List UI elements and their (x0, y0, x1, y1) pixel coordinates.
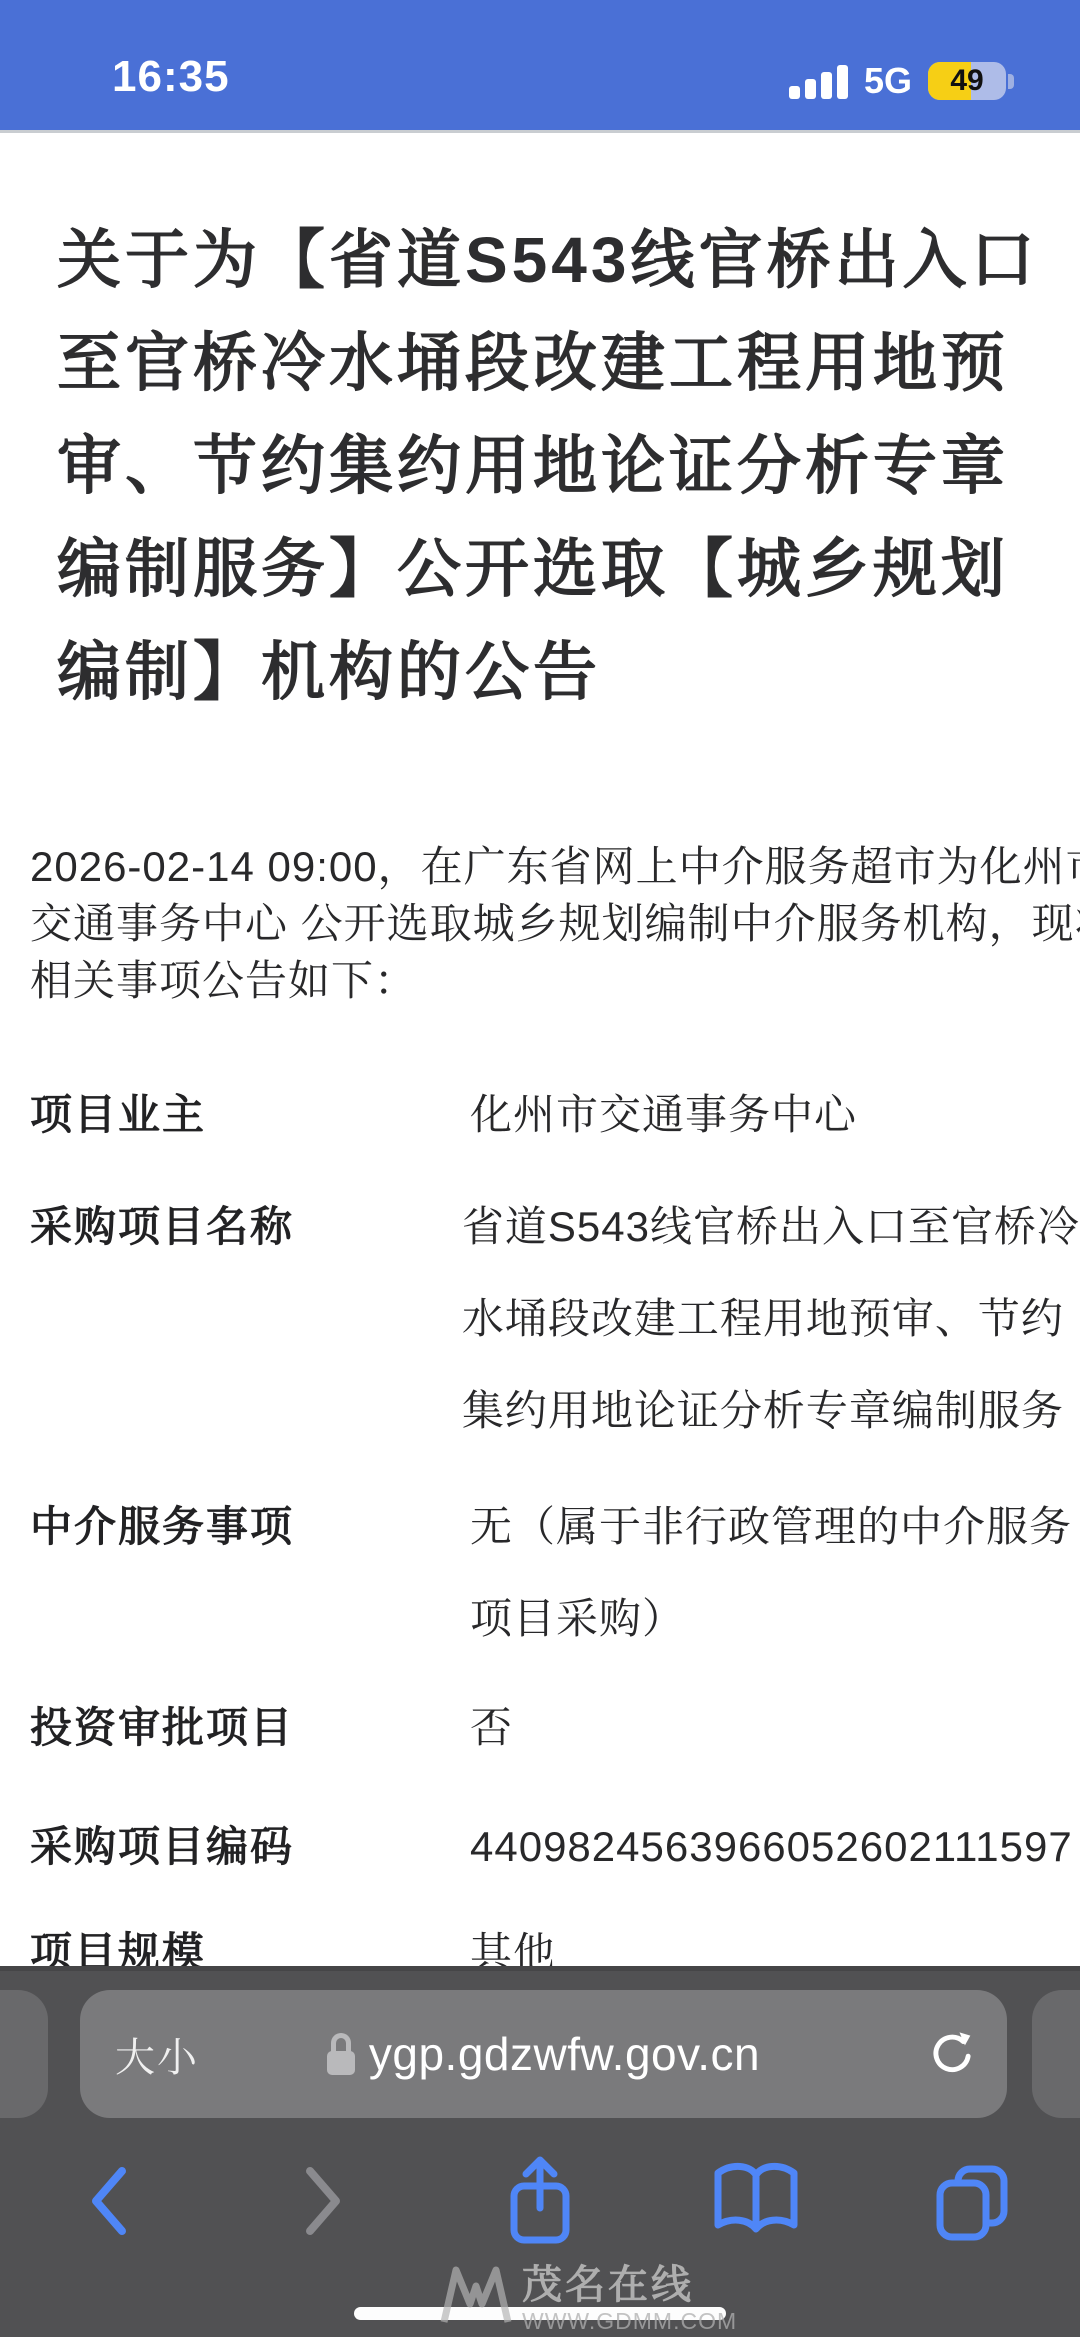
network-type-label: 5G (864, 60, 912, 102)
bookmarks-button[interactable] (648, 2151, 864, 2251)
announcement-title: 关于为【省道S543线官桥出入口 至官桥冷水埇段改建工程用地预 审、节约集约用地… (0, 209, 1080, 724)
title-line: 关于为【省道S543线官桥出入口 (57, 209, 1042, 312)
intro-line: 相关事项公告如下： (30, 952, 1052, 1009)
back-button[interactable] (0, 2151, 216, 2251)
detail-table: 项目业主 化州市交通事务中心 采购项目名称 省道S543线官桥出入口至官桥冷 水… (0, 1069, 1080, 1999)
battery-icon: 49 (928, 62, 1006, 100)
webpage-content: 关于为【省道S543线官桥出入口 至官桥冷水埇段改建工程用地预 审、节约集约用地… (0, 133, 1080, 1983)
row-value: 化州市交通事务中心 (470, 1069, 1080, 1161)
watermark-name: 茂名在线 (522, 2264, 737, 2306)
row-value: 无（属于非行政管理的中介服务 项目采购） (470, 1481, 1080, 1665)
title-line: 审、节约集约用地论证分析专章 (57, 415, 1042, 518)
status-bar: 16:35 5G 49 (0, 0, 1080, 130)
address-bar[interactable]: 大小 ygp.gdzwfw.gov.cn (80, 1990, 1007, 2118)
row-label: 采购项目名称 (30, 1181, 462, 1457)
table-row-investment-approval: 投资审批项目 否 (0, 1682, 1080, 1774)
battery-percent: 49 (928, 62, 1006, 100)
intro-line: 交通事务中心 公开选取城乡规划编制中介服务机构，现将 (30, 895, 1052, 952)
title-line: 编制】机构的公告 (57, 621, 1042, 724)
share-button[interactable] (432, 2151, 648, 2251)
phone-screen: 16:35 5G 49 关于为【省道S543线官桥出入口 至官桥冷水埇段改建工程… (0, 0, 1080, 2337)
adjacent-tab-edge (1032, 1990, 1080, 2118)
intro-paragraph: 2026-02-14 09:00，在广东省网上中介服务超市为化州市 交通事务中心… (0, 838, 1080, 1009)
forward-button[interactable] (216, 2151, 432, 2251)
watermark: 茂名在线 WWW.GDMM.COM (440, 2264, 737, 2336)
battery-cap (1008, 74, 1014, 89)
safari-toolbar: 大小 ygp.gdzwfw.gov.cn (0, 1966, 1080, 2337)
watermark-logo (440, 2264, 512, 2326)
row-label: 采购项目编码 (30, 1801, 470, 1893)
status-indicators: 5G 49 (789, 60, 1014, 102)
row-value: 否 (470, 1682, 1080, 1774)
title-line: 编制服务】公开选取【城乡规划 (57, 518, 1042, 621)
table-row-project-owner: 项目业主 化州市交通事务中心 (0, 1069, 1080, 1161)
watermark-site: WWW.GDMM.COM (522, 2306, 737, 2336)
table-row-project-name: 采购项目名称 省道S543线官桥出入口至官桥冷 水埇段改建工程用地预审、节约 集… (0, 1181, 1080, 1457)
clock: 16:35 (112, 52, 230, 102)
title-line: 至官桥冷水埇段改建工程用地预 (57, 312, 1042, 415)
url-text: ygp.gdzwfw.gov.cn (369, 2027, 760, 2081)
row-label: 投资审批项目 (30, 1682, 470, 1774)
row-label: 中介服务事项 (30, 1481, 470, 1665)
table-row-service-item: 中介服务事项 无（属于非行政管理的中介服务 项目采购） (0, 1481, 1080, 1665)
tabs-button[interactable] (864, 2151, 1080, 2251)
toolbar-buttons (0, 2151, 1080, 2251)
row-value: 省道S543线官桥出入口至官桥冷 水埇段改建工程用地预审、节约 集约用地论证分析… (462, 1181, 1080, 1457)
text-size-button[interactable]: 大小 (115, 2026, 199, 2083)
row-value: 4409824563966052602111597 (470, 1801, 1080, 1893)
lock-icon (327, 2033, 355, 2075)
adjacent-tab-edge (0, 1990, 48, 2118)
row-label: 项目业主 (30, 1069, 470, 1161)
refresh-icon[interactable] (927, 2028, 979, 2080)
table-row-project-code: 采购项目编码 4409824563966052602111597 (0, 1801, 1080, 1893)
intro-line: 2026-02-14 09:00，在广东省网上中介服务超市为化州市 (30, 838, 1052, 895)
cellular-signal-icon (789, 63, 848, 99)
